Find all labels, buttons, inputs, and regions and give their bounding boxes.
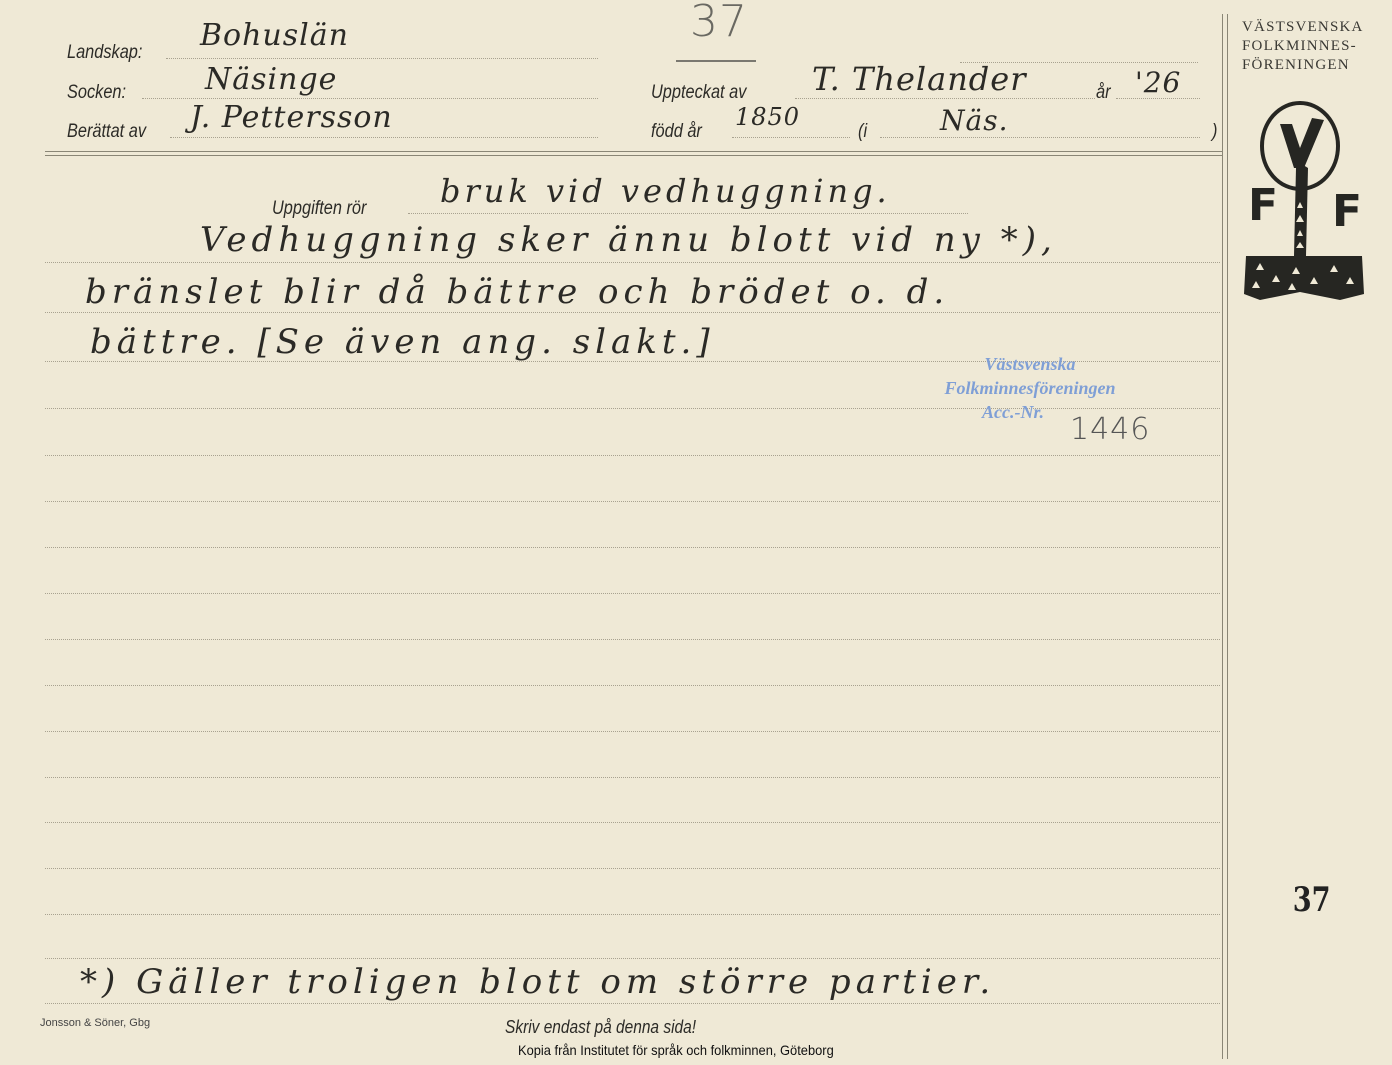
- stamp-line-2: Folkminnesföreningen: [920, 376, 1140, 400]
- berattat-av-label: Berättat av: [67, 121, 146, 143]
- uppgiften-ror-label: Uppgiften rör: [272, 198, 366, 220]
- fodd-ar-line: [732, 137, 850, 138]
- ruled-line: [45, 822, 1220, 823]
- accession-number: 1446: [1070, 412, 1150, 447]
- ruled-line: [45, 262, 1220, 263]
- landskap-value: Bohuslän: [200, 18, 349, 53]
- fodd-ar-label: född år: [651, 121, 702, 143]
- write-instruction: Skriv endast på denna sida!: [505, 1017, 696, 1038]
- page-number-underline: [676, 60, 756, 62]
- ruled-line: [45, 958, 1220, 959]
- berattat-av-line: [170, 137, 598, 138]
- org-line-3: FÖRENINGEN: [1242, 56, 1364, 75]
- svg-text:F: F: [1332, 186, 1362, 237]
- sidebar-page-number: 37: [1293, 880, 1331, 920]
- ar-value: '26: [1135, 66, 1181, 99]
- i-open-label: (i: [858, 121, 867, 143]
- fodd-ar-value: 1850: [735, 103, 800, 131]
- ruled-line: [45, 547, 1220, 548]
- body-line-3: bättre. [Se även ang. slakt.]: [90, 322, 715, 362]
- uppteckat-av-value: T. Thelander: [812, 60, 1027, 98]
- body-line-1: Vedhuggning sker ännu blott vid ny *),: [200, 220, 1057, 260]
- ruled-line: [45, 1003, 1220, 1004]
- ruled-line: [45, 501, 1220, 502]
- uppgiften-ror-value: bruk vid vedhuggning.: [440, 172, 891, 210]
- ruled-line: [45, 731, 1220, 732]
- uppteckat-av-line: [795, 98, 1095, 99]
- socken-label: Socken:: [67, 82, 126, 104]
- org-line-1: VÄSTSVENSKA: [1242, 18, 1364, 37]
- svg-text:F: F: [1248, 180, 1278, 231]
- ruled-line: [45, 455, 1220, 456]
- ar-label: år: [1096, 82, 1111, 104]
- i-close-label: ): [1212, 121, 1217, 143]
- ruled-line: [45, 593, 1220, 594]
- ruled-line: [45, 914, 1220, 915]
- margin-rule-left: [1222, 14, 1223, 1059]
- ruled-line: [45, 685, 1220, 686]
- stamp-line-1: Västsvenska: [920, 352, 1140, 376]
- header-rule-bottom: [45, 155, 1222, 156]
- landskap-line: [166, 58, 598, 59]
- berattat-av-value: J. Pettersson: [190, 100, 393, 135]
- copy-notice: Kopia från Institutet för språk och folk…: [518, 1042, 834, 1058]
- body-line-2: bränslet blir då bättre och brödet o. d.: [85, 272, 949, 312]
- socken-line: [142, 98, 598, 99]
- footnote: *) Gäller troligen blott om större parti…: [80, 962, 995, 1002]
- header-rule-top: [45, 151, 1222, 152]
- ruled-line: [45, 777, 1220, 778]
- org-line-2: FOLKMINNES-: [1242, 37, 1364, 56]
- socken-value: Näsinge: [205, 62, 337, 97]
- handwritten-page-number: 37: [690, 0, 748, 47]
- org-name: VÄSTSVENSKA FOLKMINNES- FÖRENINGEN: [1242, 18, 1364, 75]
- uppteckat-av-label: Uppteckat av: [651, 82, 746, 104]
- printer-credit: Jonsson & Söner, Gbg: [40, 1017, 150, 1029]
- ruled-line: [45, 312, 1220, 313]
- ruled-line: [45, 639, 1220, 640]
- margin-rule-right: [1227, 14, 1228, 1059]
- vff-logo-icon: F F: [1240, 96, 1380, 306]
- i-value: Näs.: [940, 104, 1008, 137]
- ruled-line: [45, 868, 1220, 869]
- uppgiften-ror-line: [408, 213, 968, 214]
- landskap-label: Landskap:: [67, 42, 142, 64]
- i-line: [880, 137, 1200, 138]
